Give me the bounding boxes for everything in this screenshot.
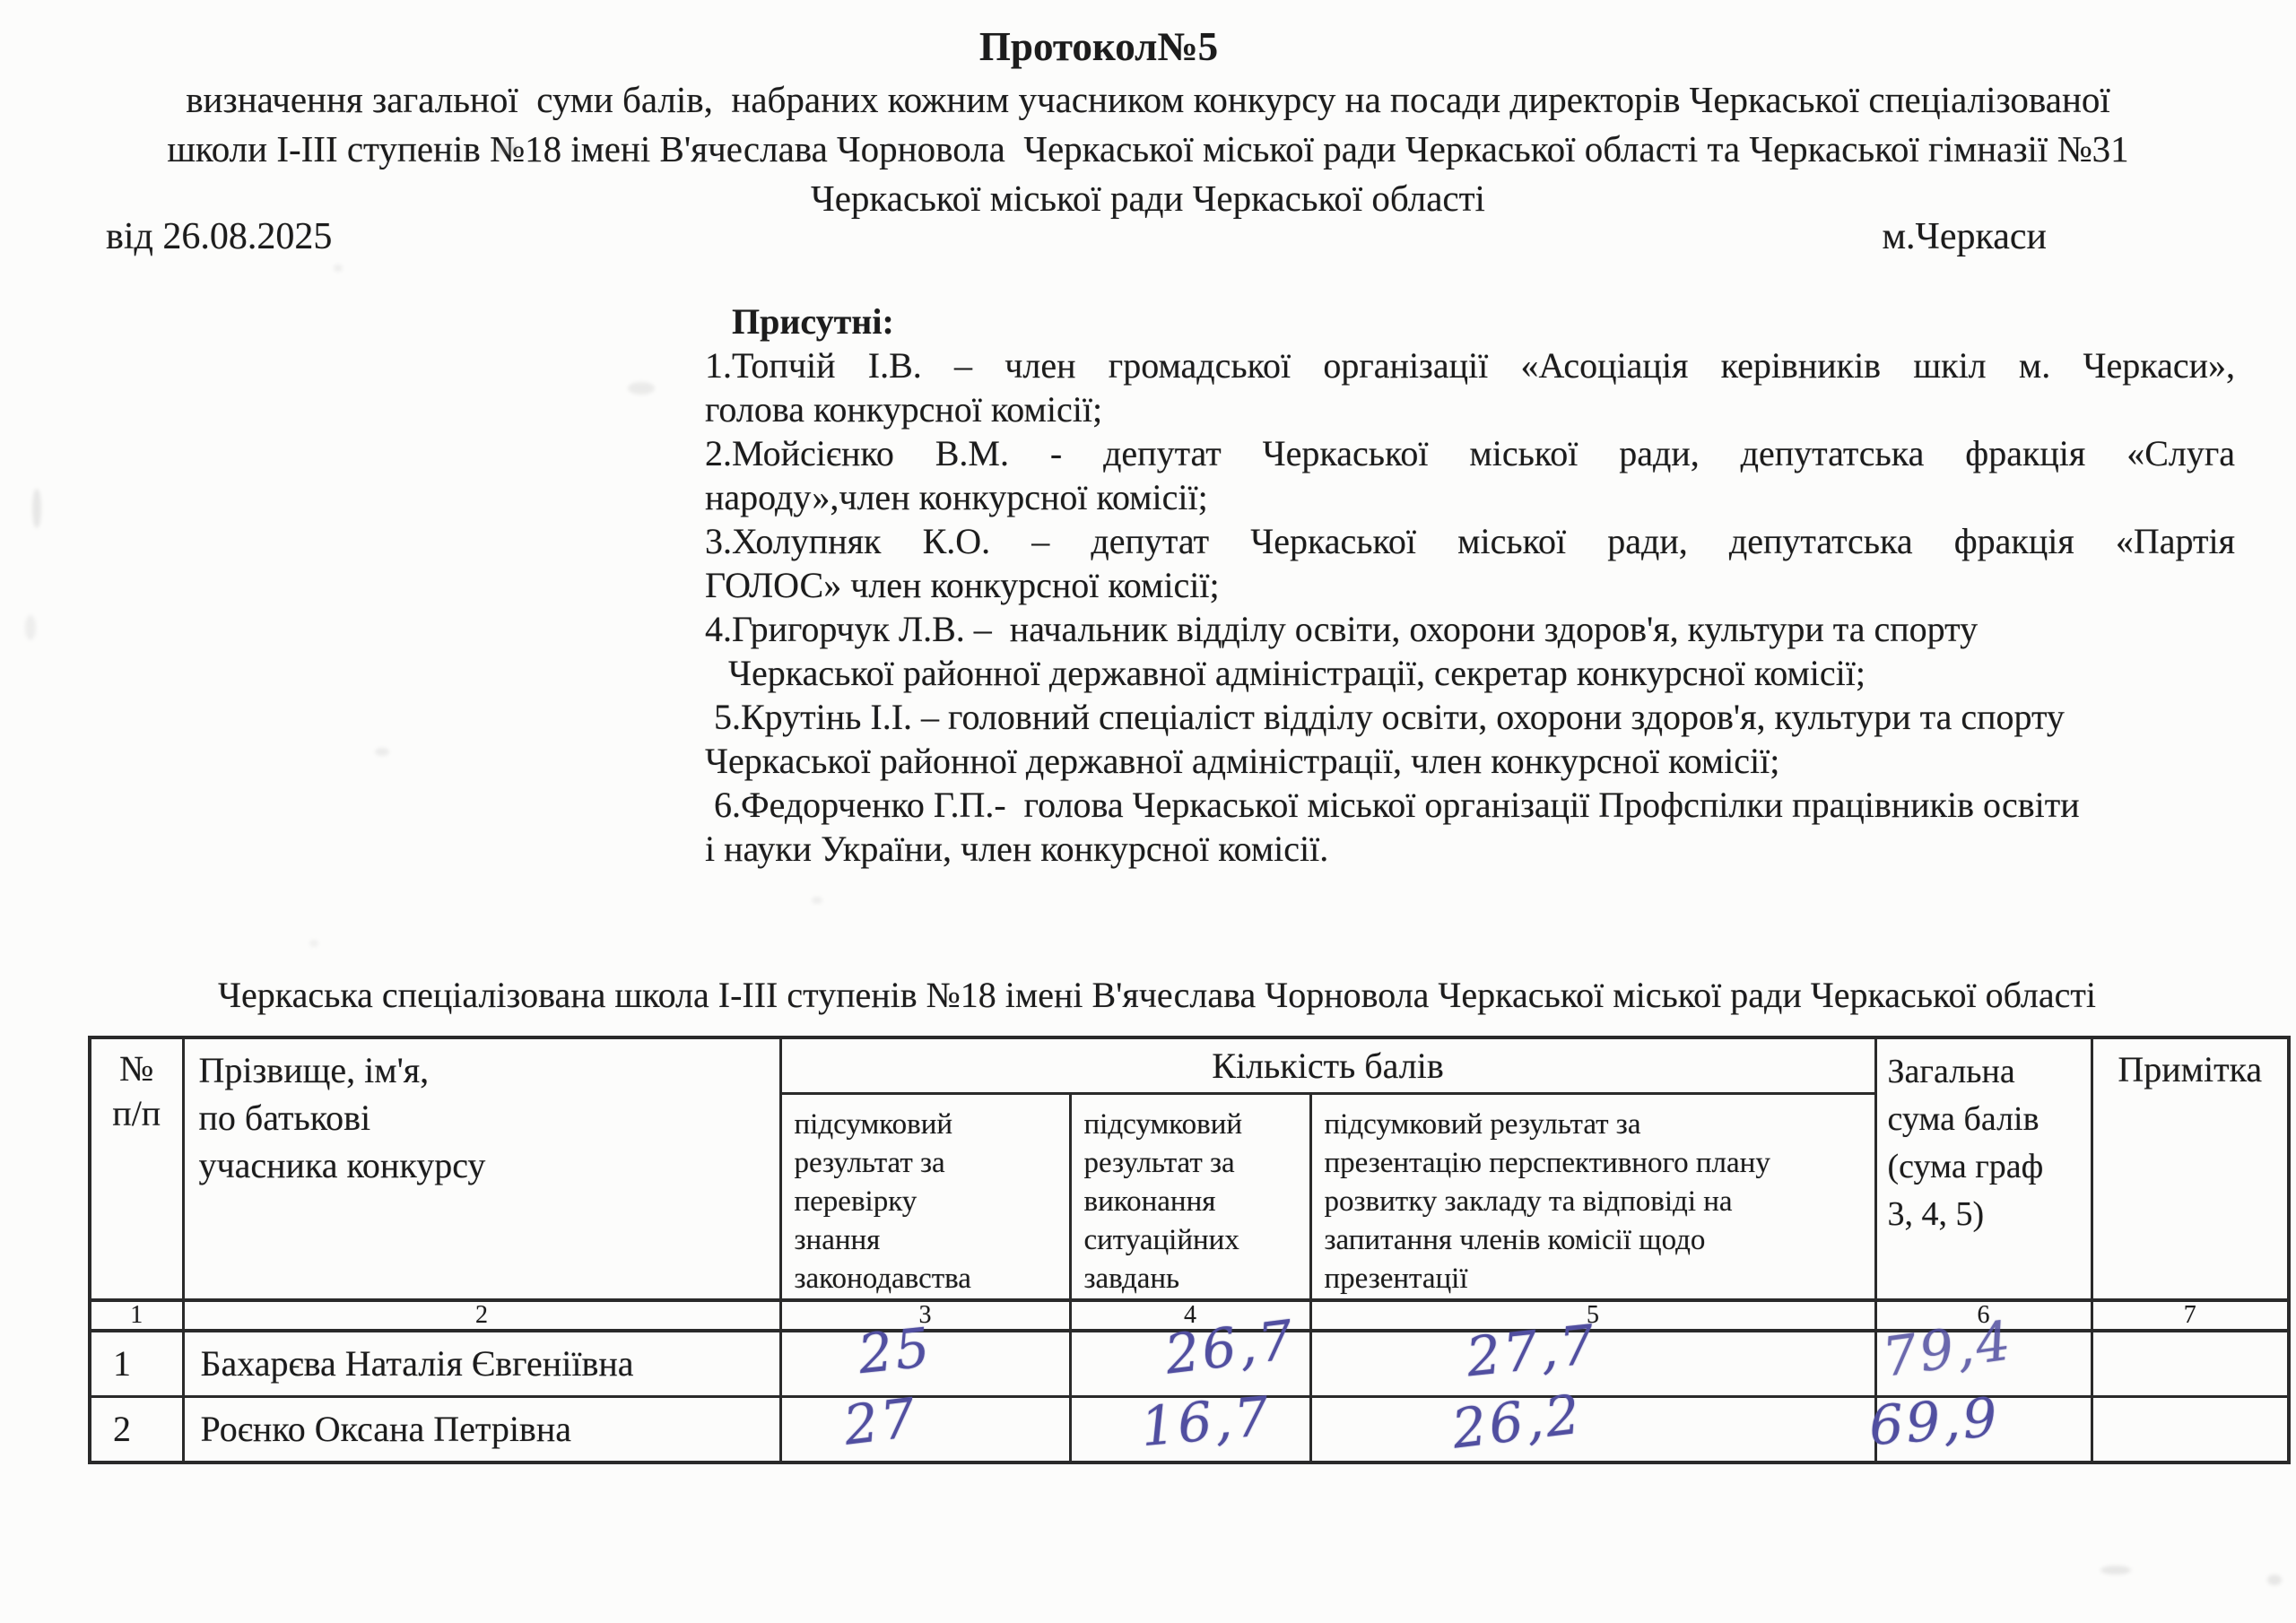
- col-header-name: Прізвище, ім'я, по батькові учасника кон…: [183, 1037, 780, 1300]
- table-row: 2 Роєнко Оксана Петрівна 27 16,7 26,2 69…: [90, 1396, 2289, 1462]
- header-line: підсумковий: [795, 1106, 1069, 1144]
- header-line: законодавства: [795, 1260, 1069, 1298]
- cell-score-situational: 26,7: [1070, 1331, 1310, 1397]
- scan-artifact: [334, 265, 343, 272]
- scan-artifact: [628, 382, 655, 395]
- header-line: п/п: [91, 1091, 182, 1136]
- attendee-line: і науки України, член конкурсної комісії…: [705, 827, 2235, 871]
- header-line: завдань: [1084, 1260, 1309, 1298]
- scan-artifact: [32, 489, 41, 528]
- col-header-note: Примітка: [2092, 1037, 2289, 1300]
- attendee-line: народу»,член конкурсної комісії;: [705, 475, 2235, 519]
- header-line: ситуаційних: [1084, 1221, 1309, 1260]
- attendee-line: 3.Холупняк К.О. – депутат Черкаської міс…: [705, 519, 2235, 563]
- scan-artifact: [495, 143, 518, 154]
- col-header-score-presentation: підсумковий результат за презентацію пер…: [1310, 1093, 1875, 1300]
- col-header-total: Загальна сума балів (сума граф 3, 4, 5): [1875, 1037, 2092, 1300]
- header-line: результат за: [795, 1144, 1069, 1183]
- attendee-line: Черкаської районної державної адміністра…: [705, 651, 2235, 695]
- header-line: виконання: [1084, 1183, 1309, 1221]
- header-line: Прізвище, ім'я,: [199, 1046, 779, 1094]
- header-line: підсумковий результат за: [1325, 1106, 1874, 1144]
- cell-score-situational: 16,7: [1070, 1396, 1310, 1462]
- column-index: 7: [2092, 1300, 2289, 1331]
- header-line: 3, 4, 5): [1888, 1191, 2091, 1238]
- cell-participant-name: Роєнко Оксана Петрівна: [183, 1396, 780, 1462]
- cell-row-number: 1: [90, 1331, 183, 1397]
- attendee-line: ГОЛОС» член конкурсної комісії;: [705, 563, 2235, 607]
- attendees-heading: Присутні:: [705, 299, 2235, 343]
- table-row: 1 Бахарєва Наталія Євгеніївна 25 26,7 27…: [90, 1331, 2289, 1397]
- col-header-score-law: підсумковий результат за перевірку знанн…: [780, 1093, 1070, 1300]
- subtitle-line-2: школи І-ІІІ ступенів №18 імені В'ячеслав…: [36, 125, 2260, 174]
- header-line: підсумковий: [1084, 1106, 1309, 1144]
- scan-artifact: [25, 615, 36, 640]
- col-header-scores-group: Кількість балів: [780, 1037, 1875, 1093]
- attendee-line: 5.Крутінь І.І. – головний спеціаліст від…: [705, 695, 2235, 739]
- header-line: знання: [795, 1221, 1069, 1260]
- document-city: м.Черкаси: [1882, 215, 2047, 258]
- document-subtitle: визначення загальної суми балів, набрани…: [36, 75, 2260, 223]
- scores-table: № п/п Прізвище, ім'я, по батькові учасни…: [88, 1036, 2291, 1464]
- header-line: презентацію перспективного плану: [1325, 1144, 1874, 1183]
- col-header-number: № п/п: [90, 1037, 183, 1300]
- scanned-document: Протокол№5 визначення загальної суми бал…: [0, 0, 2296, 1623]
- header-line: сума балів: [1888, 1096, 2091, 1143]
- col-header-score-situational: підсумковий результат за виконання ситуа…: [1070, 1093, 1310, 1300]
- handwritten-score: 27: [840, 1386, 921, 1458]
- handwritten-score: 27,7: [1464, 1313, 1600, 1389]
- cell-score-presentation: 27,7: [1310, 1331, 1875, 1397]
- attendee-line: голова конкурсної комісії;: [705, 387, 2235, 431]
- scan-artifact: [2100, 1566, 2131, 1575]
- subtitle-line-1: визначення загальної суми балів, набрани…: [36, 75, 2260, 125]
- document-title: Протокол№5: [0, 23, 2247, 70]
- attendee-line: 4.Григорчук Л.В. – начальник відділу осв…: [705, 607, 2235, 651]
- column-index: 2: [183, 1300, 780, 1331]
- scan-artifact: [375, 748, 389, 756]
- cell-note: [2092, 1331, 2289, 1397]
- cell-participant-name: Бахарєва Наталія Євгеніївна: [183, 1331, 780, 1397]
- column-index: 1: [90, 1300, 183, 1331]
- header-line: по батькові: [199, 1094, 779, 1141]
- handwritten-score: 69,9: [1866, 1386, 2001, 1458]
- document-date: від 26.08.2025: [106, 215, 332, 258]
- cell-score-presentation: 26,2: [1310, 1396, 1875, 1462]
- handwritten-score: 25: [856, 1315, 935, 1385]
- cell-score-law: 25: [780, 1331, 1070, 1397]
- header-line: Загальна: [1888, 1048, 2091, 1096]
- header-line: (сума граф: [1888, 1143, 2091, 1191]
- header-line: перевірку: [795, 1183, 1069, 1221]
- header-line: учасника конкурсу: [199, 1141, 779, 1189]
- attendee-line: 1.Топчій І.В. – член громадської організ…: [705, 343, 2235, 387]
- header-line: запитання членів комісії щодо: [1325, 1221, 1874, 1260]
- header-line: результат за: [1084, 1144, 1309, 1183]
- attendees-section: Присутні: 1.Топчій І.В. – член громадськ…: [705, 299, 2235, 871]
- header-row: № п/п Прізвище, ім'я, по батькові учасни…: [90, 1037, 2289, 1093]
- cell-total-score: 79,4: [1875, 1331, 2092, 1397]
- cell-note: [2092, 1396, 2289, 1462]
- scan-artifact: [2267, 1575, 2282, 1585]
- cell-score-law: 27: [780, 1396, 1070, 1462]
- cell-total-score: 69,9: [1875, 1396, 2092, 1462]
- handwritten-score: 16,7: [1138, 1384, 1274, 1458]
- attendee-line: 2.Мойсієнко В.М. - депутат Черкаської мі…: [705, 431, 2235, 475]
- scan-artifact: [309, 940, 318, 947]
- scan-artifact: [812, 897, 822, 904]
- school-name-heading: Черкаська спеціалізована школа І-ІІІ сту…: [81, 974, 2233, 1016]
- header-line: №: [91, 1046, 182, 1091]
- attendee-line: Черкаської районної державної адміністра…: [705, 739, 2235, 783]
- cell-row-number: 2: [90, 1396, 183, 1462]
- attendee-line: 6.Федорченко Г.П.- голова Черкаської міс…: [705, 783, 2235, 827]
- header-line: розвитку закладу та відповіді на: [1325, 1183, 1874, 1221]
- header-line: презентації: [1325, 1260, 1874, 1298]
